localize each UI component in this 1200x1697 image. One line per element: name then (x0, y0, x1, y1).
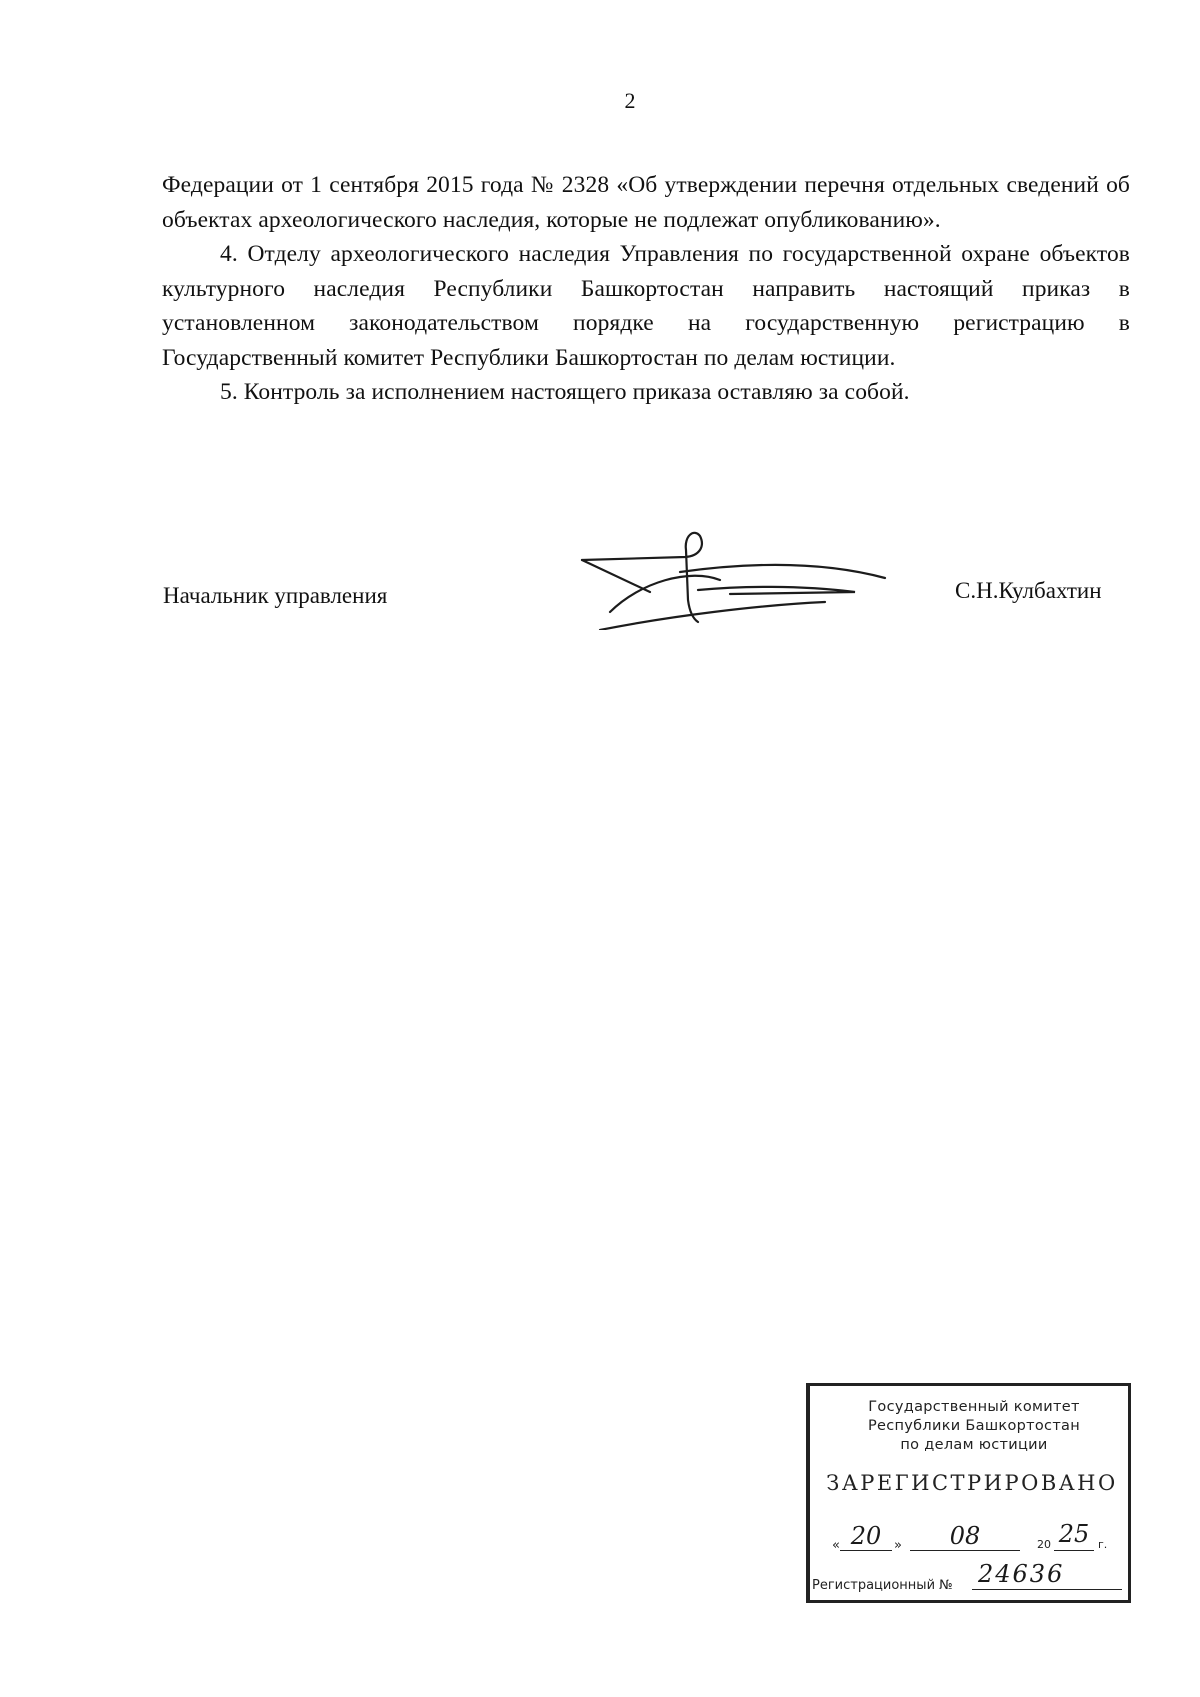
stamp-registered-label: ЗАРЕГИСТРИРОВАНО (816, 1471, 1128, 1495)
stamp-org-line: Республики Башкортостан (820, 1417, 1128, 1436)
stamp-org-line: Государственный комитет (820, 1398, 1128, 1417)
stamp-date: « 20 » 08 20 25 г. (832, 1526, 1122, 1556)
page-number: 2 (0, 88, 1200, 114)
stamp-month: 08 (910, 1522, 1020, 1551)
signatory-name: С.Н.Кулбахтин (955, 578, 1102, 604)
stamp-year-unit: г. (1098, 1538, 1107, 1551)
paragraph-continuation: Федерации от 1 сентября 2015 года № 2328… (162, 168, 1130, 237)
stamp-organization: Государственный комитет Республики Башко… (820, 1398, 1128, 1455)
stamp-year-prefix: 20 (1037, 1538, 1051, 1551)
stamp-registration-number: Регистрационный № 24636 (812, 1566, 1127, 1596)
stamp-day: 20 (840, 1522, 892, 1551)
stamp-org-line: по делам юстиции (820, 1436, 1128, 1455)
document-body: Федерации от 1 сентября 2015 года № 2328… (162, 168, 1130, 410)
quote-open: « (832, 1538, 840, 1553)
handwritten-signature (580, 530, 920, 630)
stamp-reg-label: Регистрационный № (812, 1578, 953, 1593)
stamp-reg-number: 24636 (972, 1560, 1122, 1590)
paragraph-item-4: 4. Отделу археологического наследия Упра… (162, 237, 1130, 375)
signatory-title: Начальник управления (163, 583, 387, 609)
stamp-year-suffix: 25 (1054, 1520, 1094, 1551)
paragraph-item-5: 5. Контроль за исполнением настоящего пр… (162, 375, 1130, 410)
quote-close: » (894, 1538, 902, 1553)
registration-stamp: Государственный комитет Республики Башко… (806, 1383, 1131, 1603)
